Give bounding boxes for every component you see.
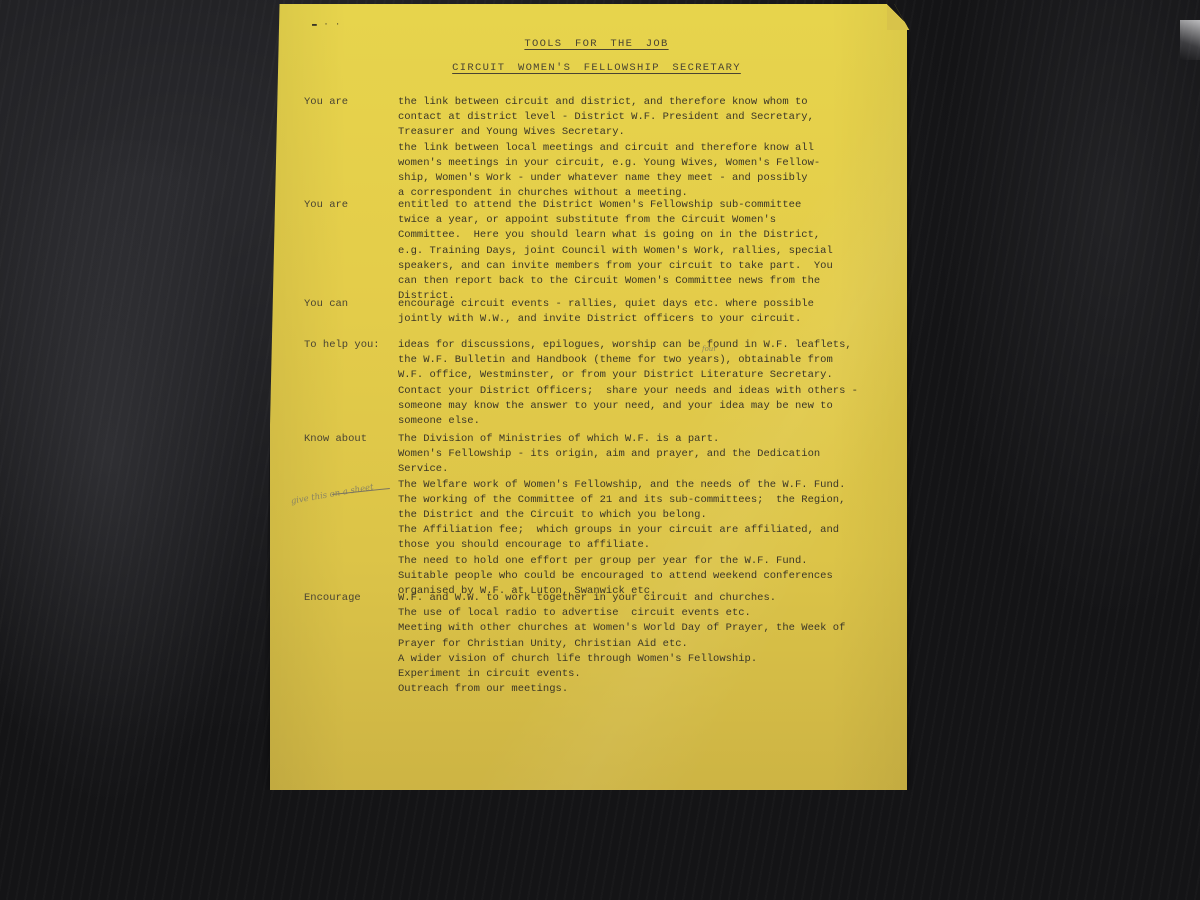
text-line: twice a year, or appoint substitute from…	[398, 213, 898, 228]
section-body: The Division of Ministries of which W.F.…	[398, 432, 898, 599]
text-line: the link between circuit and district, a…	[398, 95, 898, 110]
text-line: the W.F. Bulletin and Handbook (theme fo…	[398, 353, 898, 368]
typewriter-mark: ▬ · ·	[312, 20, 341, 29]
text-line: W.F. office, Westminster, or from your D…	[398, 368, 898, 383]
folded-corner	[887, 4, 913, 30]
section-body: ideas for discussions, epilogues, worshi…	[398, 338, 898, 429]
handwritten-correction: four	[702, 345, 717, 353]
section-label: Know about	[304, 432, 396, 447]
section-label: You are	[304, 95, 396, 110]
background-glare	[910, 0, 1200, 700]
text-line: entitled to attend the District Women's …	[398, 198, 898, 213]
section-body: entitled to attend the District Women's …	[398, 198, 898, 304]
text-line: can then report back to the Circuit Wome…	[398, 274, 898, 289]
text-line: W.F. and W.W. to work together in your c…	[398, 591, 898, 606]
text-line: Suitable people who could be encouraged …	[398, 569, 898, 584]
text-line: jointly with W.W., and invite District o…	[398, 312, 898, 327]
text-line: ship, Women's Work - under whatever name…	[398, 171, 898, 186]
section-body: W.F. and W.W. to work together in your c…	[398, 591, 898, 697]
section-label: You are	[304, 198, 396, 213]
section-label: To help you:	[304, 338, 396, 353]
text-line: contact at district level - District W.F…	[398, 110, 898, 125]
text-line: Contact your District Officers; share yo…	[398, 384, 898, 399]
document-title: TOOLS FOR THE JOB	[286, 38, 907, 50]
text-line: e.g. Training Days, joint Council with W…	[398, 244, 898, 259]
text-line: ideas for discussions, epilogues, worshi…	[398, 338, 898, 353]
background-glare	[0, 140, 270, 840]
text-line: The Affiliation fee; which groups in you…	[398, 523, 898, 538]
section-body: encourage circuit events - rallies, quie…	[398, 297, 898, 327]
text-line: The use of local radio to advertise circ…	[398, 606, 898, 621]
text-line: those you should encourage to affiliate.	[398, 538, 898, 553]
text-line: the District and the Circuit to which yo…	[398, 508, 898, 523]
text-line: The working of the Committee of 21 and i…	[398, 493, 898, 508]
text-line: speakers, and can invite members from yo…	[398, 259, 898, 274]
text-line: someone else.	[398, 414, 898, 429]
section-label: Encourage	[304, 591, 396, 606]
text-line: Prayer for Christian Unity, Christian Ai…	[398, 637, 898, 652]
text-line: Service.	[398, 462, 898, 477]
section-body: the link between circuit and district, a…	[398, 95, 898, 201]
document-subtitle: CIRCUIT WOMEN'S FELLOWSHIP SECRETARY	[286, 62, 907, 74]
text-line: The need to hold one effort per group pe…	[398, 554, 898, 569]
handwritten-annotation: give this on a sheet	[290, 480, 394, 527]
section-label: You can	[304, 297, 396, 312]
text-line: A wider vision of church life through Wo…	[398, 652, 898, 667]
text-line: The Division of Ministries of which W.F.…	[398, 432, 898, 447]
text-line: the link between local meetings and circ…	[398, 141, 898, 156]
text-line: Meeting with other churches at Women's W…	[398, 621, 898, 636]
text-line: someone may know the answer to your need…	[398, 399, 898, 414]
text-line: Committee. Here you should learn what is…	[398, 228, 898, 243]
yellow-paper-sheet: ▬ · · TOOLS FOR THE JOB CIRCUIT WOMEN'S …	[270, 4, 907, 790]
text-line: women's meetings in your circuit, e.g. Y…	[398, 156, 898, 171]
text-line: encourage circuit events - rallies, quie…	[398, 297, 898, 312]
text-line: Women's Fellowship - its origin, aim and…	[398, 447, 898, 462]
text-line: Experiment in circuit events.	[398, 667, 898, 682]
background-glare	[1180, 20, 1200, 60]
text-line: Outreach from our meetings.	[398, 682, 898, 697]
text-line: Treasurer and Young Wives Secretary.	[398, 125, 898, 140]
text-line: The Welfare work of Women's Fellowship, …	[398, 478, 898, 493]
